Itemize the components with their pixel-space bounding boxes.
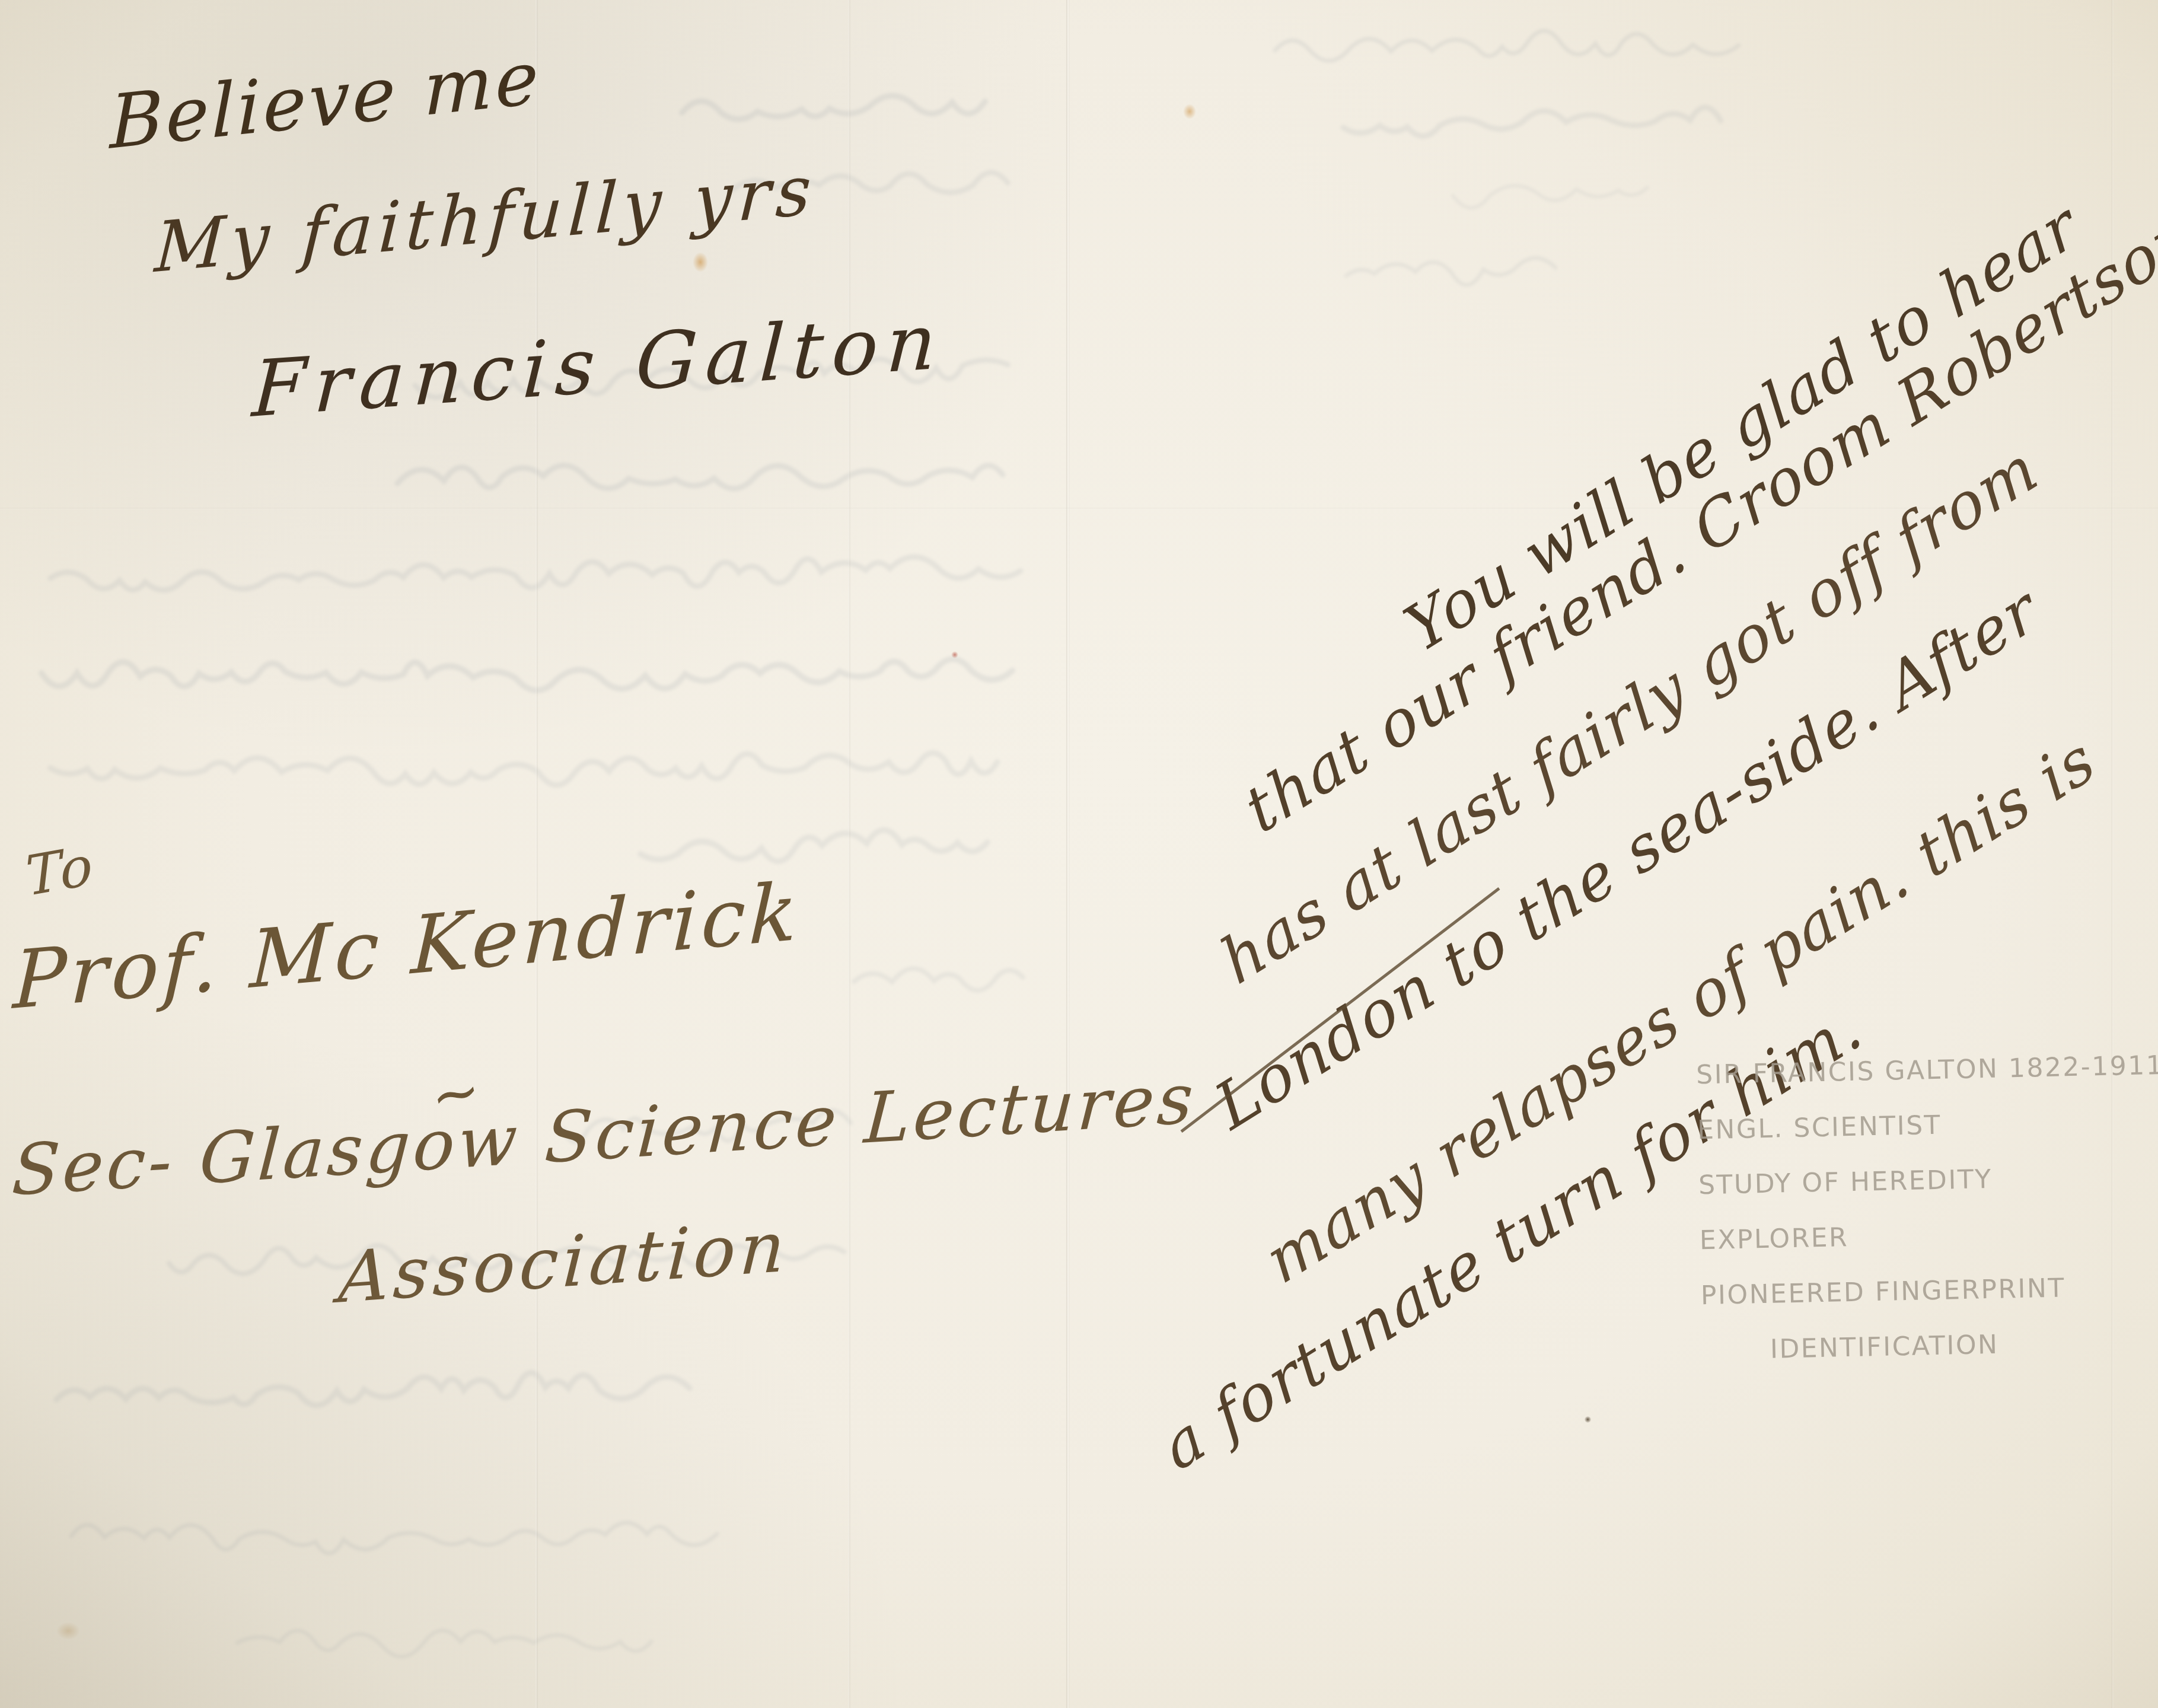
foxing-stain <box>693 252 708 272</box>
letter-line-2: that our friend. Croom Robertson <box>1233 196 2158 847</box>
ink-dot <box>1585 1416 1591 1423</box>
fold-crease-vertical <box>848 0 850 1708</box>
fold-crease-vertical <box>535 0 538 1708</box>
pencil-annotation: Sir Francis Galton 1822-1911 Engl. Scien… <box>1695 1038 2158 1378</box>
red-fleck <box>951 651 958 658</box>
foxing-stain <box>56 1622 80 1640</box>
ghost-writing-line <box>640 830 987 862</box>
pencil-annotation-line: Engl. Scientist <box>1697 1093 2158 1158</box>
ghost-writing-line <box>397 466 1003 489</box>
fold-crease-horizontal <box>0 508 2158 509</box>
ghost-writing-line <box>1275 31 1739 60</box>
center-fold-crease <box>1066 0 1070 1708</box>
ghost-writing-line <box>71 1522 717 1553</box>
ghost-writing-line <box>1343 107 1721 136</box>
ghost-writing-line <box>1346 258 1555 285</box>
recipient-org-line-1: Sec- Glasgow Science Lectures <box>10 1057 1198 1212</box>
pencil-annotation-line: Pioneered fingerprint <box>1700 1258 2158 1324</box>
ghost-writing-line <box>56 1373 690 1406</box>
ghost-writing-line <box>682 95 985 119</box>
ghost-writing-line <box>42 659 1012 690</box>
recipient-name: Prof. Mc Kendrick <box>12 865 802 1027</box>
ghost-writing-line <box>237 1630 651 1656</box>
ghost-writing-line <box>1453 186 1647 208</box>
ghost-writing-line <box>50 753 997 785</box>
recipient-org-line-2: Association <box>337 1205 791 1319</box>
pencil-annotation-line: Explorer <box>1699 1203 2158 1269</box>
signature: Francis Galton <box>250 295 946 434</box>
recipient-to: To <box>24 833 97 909</box>
pencil-annotation-line: Study of Heredity <box>1698 1148 2158 1213</box>
closing-line-2: My faithfully yrs <box>153 149 818 288</box>
ghost-writing-line <box>854 968 1023 990</box>
pencil-annotation-line: Sir Francis Galton 1822-1911 <box>1695 1038 2158 1103</box>
letter-scan: Believe me My faithfully yrs Francis Gal… <box>0 0 2158 1708</box>
pencil-annotation-line: identification <box>1701 1314 2158 1379</box>
closing-line-1: Believe me <box>110 35 541 166</box>
ghost-writing-line <box>50 557 1021 590</box>
foxing-stain <box>1183 104 1196 119</box>
